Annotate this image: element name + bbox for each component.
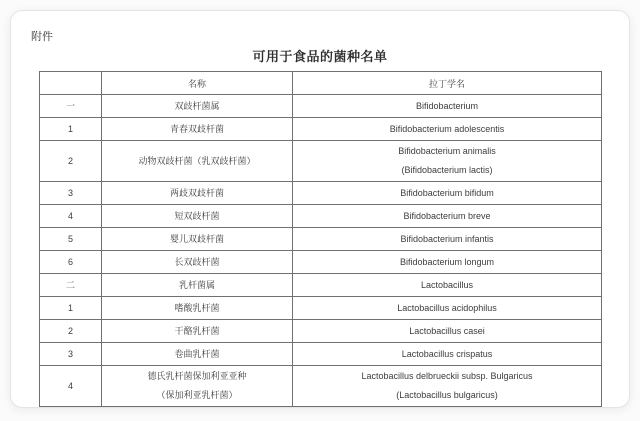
- cell-line: 5: [42, 230, 99, 249]
- cell-line: Lactobacillus delbrueckii subsp. Bulgari…: [295, 367, 599, 386]
- row-index-cell: 1: [40, 118, 102, 141]
- column-header-latin: 拉丁学名: [293, 72, 602, 95]
- cell-line: Lactobacillus casei: [295, 322, 599, 341]
- attachment-label: 附件: [31, 28, 53, 44]
- cell-line: (Lactobacillus bulgaricus): [295, 386, 599, 405]
- cell-line: Bifidobacterium infantis: [295, 230, 599, 249]
- table-row: 4德氏乳杆菌保加利亚亚种（保加利亚乳杆菌）Lactobacillus delbr…: [40, 366, 602, 407]
- row-latin-cell: Bifidobacterium: [293, 95, 602, 118]
- row-latin-cell: Lactobacillus crispatus: [293, 343, 602, 366]
- row-name-cell: 长双歧杆菌: [102, 251, 293, 274]
- cell-line: 干酪乳杆菌: [104, 322, 290, 341]
- cell-line: 4: [42, 377, 99, 396]
- table-header-row: 名称 拉丁学名: [40, 72, 602, 95]
- cell-line: Bifidobacterium animalis: [295, 142, 599, 161]
- row-latin-cell: Bifidobacterium animalis(Bifidobacterium…: [293, 141, 602, 182]
- cell-line: Lactobacillus acidophilus: [295, 299, 599, 318]
- row-latin-cell: Lactobacillus casei: [293, 320, 602, 343]
- species-table: 名称 拉丁学名 一双歧杆菌属Bifidobacterium1青春双歧杆菌Bifi…: [39, 71, 602, 407]
- column-header-index: [40, 72, 102, 95]
- row-name-cell: 德氏乳杆菌保加利亚亚种（保加利亚乳杆菌）: [102, 366, 293, 407]
- row-name-cell: 干酪乳杆菌: [102, 320, 293, 343]
- cell-line: Lactobacillus: [295, 276, 599, 295]
- cell-line: 4: [42, 207, 99, 226]
- cell-line: 婴儿双歧杆菌: [104, 230, 290, 249]
- cell-line: Bifidobacterium: [295, 97, 599, 116]
- cell-line: 1: [42, 299, 99, 318]
- cell-line: Bifidobacterium bifidum: [295, 184, 599, 203]
- row-name-cell: 双歧杆菌属: [102, 95, 293, 118]
- row-latin-cell: Lactobacillus acidophilus: [293, 297, 602, 320]
- cell-line: 两歧双歧杆菌: [104, 184, 290, 203]
- row-latin-cell: Bifidobacterium infantis: [293, 228, 602, 251]
- table-row: 3两歧双歧杆菌Bifidobacterium bifidum: [40, 182, 602, 205]
- row-index-cell: 3: [40, 182, 102, 205]
- row-index-cell: 2: [40, 320, 102, 343]
- table-row: 4短双歧杆菌Bifidobacterium breve: [40, 205, 602, 228]
- cell-line: 一: [42, 97, 99, 116]
- row-index-cell: 4: [40, 205, 102, 228]
- row-index-cell: 一: [40, 95, 102, 118]
- cell-line: 2: [42, 322, 99, 341]
- row-latin-cell: Bifidobacterium adolescentis: [293, 118, 602, 141]
- table-row: 5婴儿双歧杆菌Bifidobacterium infantis: [40, 228, 602, 251]
- cell-line: Bifidobacterium breve: [295, 207, 599, 226]
- cell-line: Bifidobacterium adolescentis: [295, 120, 599, 139]
- table-row: 2干酪乳杆菌Lactobacillus casei: [40, 320, 602, 343]
- cell-line: 3: [42, 345, 99, 364]
- row-latin-cell: Lactobacillus delbrueckii subsp. Bulgari…: [293, 366, 602, 407]
- cell-line: 嗜酸乳杆菌: [104, 299, 290, 318]
- table-row: 2动物双歧杆菌（乳双歧杆菌）Bifidobacterium animalis(B…: [40, 141, 602, 182]
- row-latin-cell: Bifidobacterium bifidum: [293, 182, 602, 205]
- row-index-cell: 4: [40, 366, 102, 407]
- cell-line: 2: [42, 152, 99, 171]
- row-name-cell: 卷曲乳杆菌: [102, 343, 293, 366]
- cell-line: 3: [42, 184, 99, 203]
- table-row: 一双歧杆菌属Bifidobacterium: [40, 95, 602, 118]
- row-name-cell: 动物双歧杆菌（乳双歧杆菌）: [102, 141, 293, 182]
- cell-line: 德氏乳杆菌保加利亚亚种: [104, 367, 290, 386]
- row-latin-cell: Bifidobacterium breve: [293, 205, 602, 228]
- table-row: 1青春双歧杆菌Bifidobacterium adolescentis: [40, 118, 602, 141]
- cell-line: (Bifidobacterium lactis): [295, 161, 599, 180]
- row-index-cell: 6: [40, 251, 102, 274]
- cell-line: Bifidobacterium longum: [295, 253, 599, 272]
- table-row: 1嗜酸乳杆菌Lactobacillus acidophilus: [40, 297, 602, 320]
- row-name-cell: 婴儿双歧杆菌: [102, 228, 293, 251]
- cell-line: 长双歧杆菌: [104, 253, 290, 272]
- row-name-cell: 青春双歧杆菌: [102, 118, 293, 141]
- row-index-cell: 3: [40, 343, 102, 366]
- table-row: 二乳杆菌属Lactobacillus: [40, 274, 602, 297]
- cell-line: 卷曲乳杆菌: [104, 345, 290, 364]
- cell-line: 乳杆菌属: [104, 276, 290, 295]
- cell-line: 短双歧杆菌: [104, 207, 290, 226]
- row-name-cell: 乳杆菌属: [102, 274, 293, 297]
- row-name-cell: 短双歧杆菌: [102, 205, 293, 228]
- document-card: 附件 可用于食品的菌种名单 名称 拉丁学名 一双歧杆菌属Bifidobacter…: [10, 10, 630, 408]
- cell-line: （保加利亚乳杆菌）: [104, 386, 290, 405]
- row-index-cell: 1: [40, 297, 102, 320]
- column-header-name: 名称: [102, 72, 293, 95]
- cell-line: 1: [42, 120, 99, 139]
- cell-line: 二: [42, 276, 99, 295]
- table-row: 6长双歧杆菌Bifidobacterium longum: [40, 251, 602, 274]
- cell-line: 动物双歧杆菌（乳双歧杆菌）: [104, 152, 290, 171]
- table-row: 3卷曲乳杆菌Lactobacillus crispatus: [40, 343, 602, 366]
- cell-line: Lactobacillus crispatus: [295, 345, 599, 364]
- row-index-cell: 2: [40, 141, 102, 182]
- page-title: 可用于食品的菌种名单: [11, 46, 629, 65]
- cell-line: 6: [42, 253, 99, 272]
- row-latin-cell: Bifidobacterium longum: [293, 251, 602, 274]
- cell-line: 青春双歧杆菌: [104, 120, 290, 139]
- row-name-cell: 两歧双歧杆菌: [102, 182, 293, 205]
- row-index-cell: 5: [40, 228, 102, 251]
- row-index-cell: 二: [40, 274, 102, 297]
- row-name-cell: 嗜酸乳杆菌: [102, 297, 293, 320]
- cell-line: 双歧杆菌属: [104, 97, 290, 116]
- row-latin-cell: Lactobacillus: [293, 274, 602, 297]
